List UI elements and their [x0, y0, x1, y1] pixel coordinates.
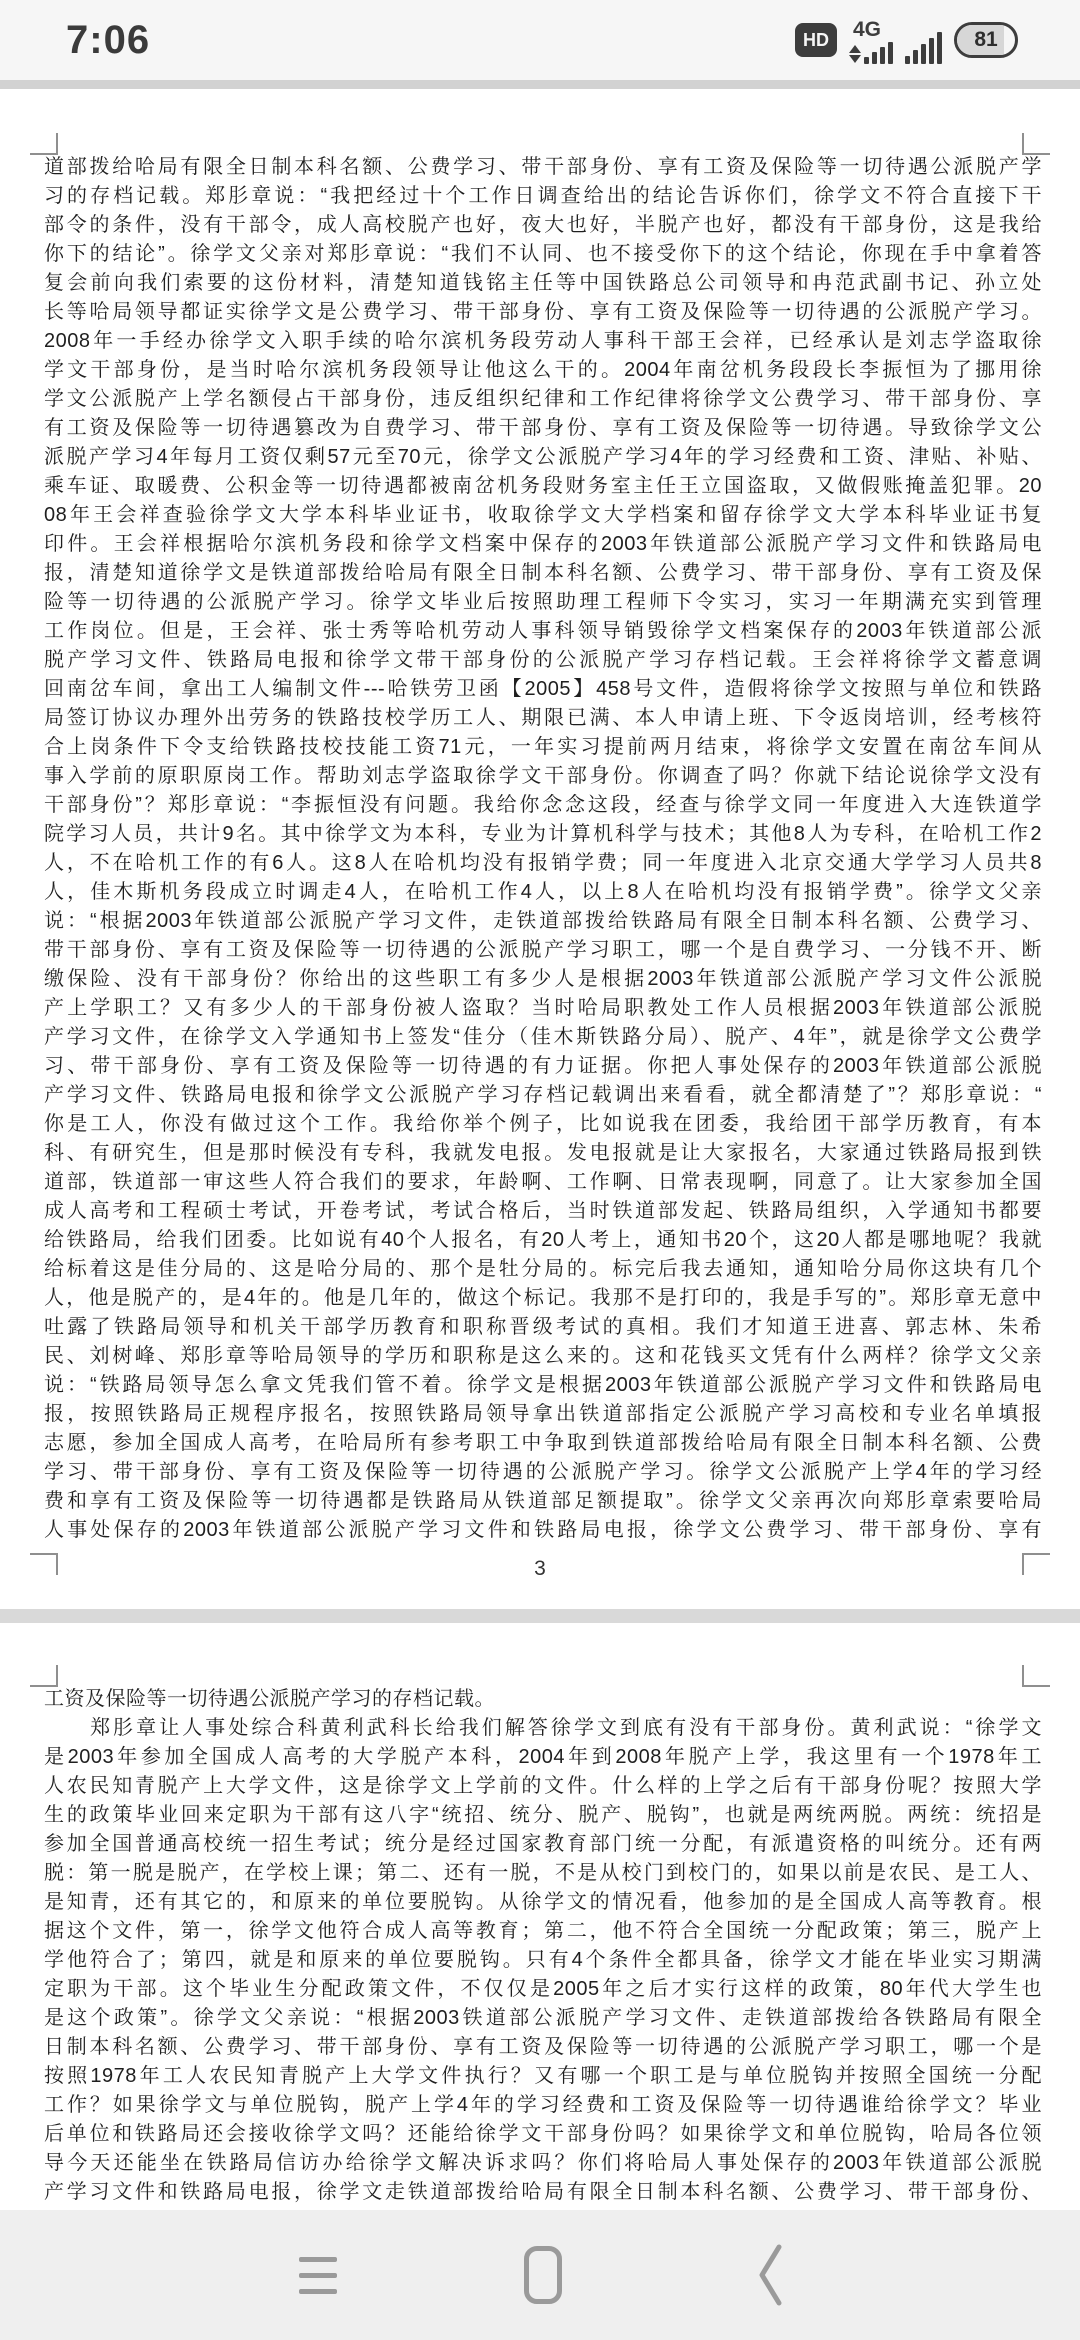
text-boundary-mark [1022, 133, 1050, 155]
text-line: 人事处保存的2003年铁道部公派脱产学习文件和铁路局电报，徐学文公费学习、带干部… [44, 1516, 1042, 1545]
text-line: 日制本科名额、公费学习、带干部身份、享有工资及保险等一切待遇的公派脱产学习职工，… [44, 2033, 1042, 2062]
text-line: 工资及保险等一切待遇公派脱产学习的存档记载。 [44, 1685, 1042, 1714]
text-line: 产学习文件，在徐学文入学通知书上签发“佳分（佳木斯铁路分局）、脱产、4年”，就是… [44, 1023, 1042, 1052]
page1-text: 道部拨给哈局有限全日制本科名额、公费学习、带干部身份、享有工资及保险等一切待遇公… [44, 153, 1042, 1545]
text-line: 缴保险、没有干部身份？你给出的这些职工有多少人是根据2003年铁道部公派脱产学习… [44, 965, 1042, 994]
text-line: 印件。王会祥根据哈尔滨机务段和徐学文档案中保存的2003年铁道部公派脱产学习文件… [44, 530, 1042, 559]
text-line: 后单位和铁路局还会接收徐学文吗？还能给徐学文干部身份吗？如果徐学文和单位脱钩，哈… [44, 2120, 1042, 2149]
text-line: 派脱产学习4年每月工资仅剩57元至70元，徐学文公派脱产学习4年的学习经费和工资… [44, 443, 1042, 472]
text-line: 是2003年参加全国成人高考的大学脱产本科，2004年到2008年脱产上学，我这… [44, 1743, 1042, 1772]
text-line: 乘车证、取暖费、公积金等一切待遇都被南岔机务段财务室主任王立国盗取，又做假账掩盖… [44, 472, 1042, 501]
text-line: 参加全国普通高校统一招生考试；统分是经过国家教育部门统一分配，有派遣资格的叫统分… [44, 1830, 1042, 1859]
network-type-label: 4G [853, 19, 881, 40]
text-line: 工作岗位。但是，王会祥、张士秀等哈机劳动人事科领导销毁徐学文档案保存的2003年… [44, 617, 1042, 646]
text-line: 习的存档记载。郑肜章说：“我把经过十个工作日调查给出的结论告诉你们，徐学文不符合… [44, 182, 1042, 211]
text-line: 有工资及保险等一切待遇篡改为自费学习、带干部身份、享有工资及保险等一切待遇。导致… [44, 414, 1042, 443]
text-line: 是知青，还有其它的，和原来的单位要脱钩。从徐学文的情况看，他参加的是全国成人高等… [44, 1888, 1042, 1917]
home-icon [524, 2246, 562, 2304]
back-icon [755, 2242, 785, 2308]
text-line: 吐露了铁路局领导和机关干部学历教育和职称晋级考试的真相。我们才知道王进喜、郭志林… [44, 1313, 1042, 1342]
text-line: 给铁路局，给我们团委。比如说有40个人报名，有20人考上，通知书20个，这20人… [44, 1226, 1042, 1255]
text-line: 成人高考和工程硕士考试，开卷考试，考试合格后，当时铁道部发起、铁路局组织，入学通… [44, 1197, 1042, 1226]
text-line: 干部身份”？郑肜章说：“李振恒没有问题。我给你念念这段，经查与徐学文同一年度进入… [44, 791, 1042, 820]
signal-bars-icon [905, 32, 942, 64]
mobile-network-indicator: 4G [849, 19, 893, 64]
status-bar: 7:06 HD 4G 81 [0, 0, 1080, 80]
text-line: 是这个政策”。徐学文父亲说：“根据2003铁道部公派脱产学习文件、走铁道部拨给各… [44, 2004, 1042, 2033]
text-line: 回南岔车间，拿出工人编制文件---哈铁劳卫函【2005】458号文件，造假将徐学… [44, 675, 1042, 704]
text-line: 科、有研究生，但是那时候没有专科，我就发电报。发电报就是让大家报名，大家通过铁路… [44, 1139, 1042, 1168]
text-line: 复会前向我们索要的这份材料，清楚知道钱铭主任等中国铁路总公司领导和冉范武副书记、… [44, 269, 1042, 298]
document-page-2: 工资及保险等一切待遇公派脱产学习的存档记载。 郑肜章让人事处综合科黄利武科长给我… [0, 1623, 1080, 2210]
text-line: 习、带干部身份、享有工资及保险等一切待遇的有力证据。你把人事处保存的2003年铁… [44, 1052, 1042, 1081]
text-line: 人，不在哈机工作的有6人。这8人在哈机均没有报销学费；同一年度进入北京交通大学学… [44, 849, 1042, 878]
text-line: 脱产学习文件、铁路局电报和徐学文带干部身份的公派脱产学习存档记载。王会祥将徐学文… [44, 646, 1042, 675]
battery-percent: 81 [974, 28, 997, 52]
page2-text: 工资及保险等一切待遇公派脱产学习的存档记载。 郑肜章让人事处综合科黄利武科长给我… [44, 1685, 1042, 2207]
text-line: 学他符合了；第四，就是和原来的单位要脱钩。只有4个条件全都具备，徐学文才能在毕业… [44, 1946, 1042, 1975]
text-line: 工作？如果徐学文与单位脱钩，脱产上学4年的学习经费和工资及保险等一切待遇谁给徐学… [44, 2091, 1042, 2120]
text-line: 人，佳木斯机务段成立时调走4人，在哈机工作4人，以上8人在哈机均没有报销学费”。… [44, 878, 1042, 907]
text-line: 民、刘树峰、郑肜章等哈局领导的学历和职称是这么来的。这和花钱买文凭有什么两样？徐… [44, 1342, 1042, 1371]
text-boundary-mark [30, 133, 58, 155]
document-view[interactable]: 道部拨给哈局有限全日制本科名额、公费学习、带干部身份、享有工资及保险等一切待遇公… [0, 89, 1080, 2210]
screen: 7:06 HD 4G 81 道部拨给哈局有限全日制本科名额、公 [0, 0, 1080, 2340]
text-line: 08年王会祥查验徐学文大学本科毕业证书，收取徐学文大学档案和留存徐学文大学本科毕… [44, 501, 1042, 530]
text-line: 你下的结论”。徐学文父亲对郑肜章说：“我们不认同、也不接受你下的这个结论，你现在… [44, 240, 1042, 269]
text-line: 志愿，参加全国成人高考，在哈局所有参考职工中争取到铁道部拨给哈局有限全日制本科名… [44, 1429, 1042, 1458]
text-line: 导今天还能坐在铁路局信访办给徐学文解决诉求吗？你们将哈局人事处保存的2003年铁… [44, 2149, 1042, 2178]
text-line: 事入学前的原职原岗工作。帮助刘志学盗取徐学文干部身份。你调查了吗？你就下结论说徐… [44, 762, 1042, 791]
text-line: 据这个文件，第一，徐学文他符合成人高等教育；第二，他不符合全国统一分配政策；第三… [44, 1917, 1042, 1946]
text-line: 说：“根据2003年铁道部公派脱产学习文件，走铁道部拨给铁路局有限全日制本科名额… [44, 907, 1042, 936]
android-nav-bar [0, 2210, 1080, 2340]
menu-button[interactable] [238, 2210, 398, 2340]
text-line: 产上学职工？又有多少人的干部身份被人盗取？当时哈局职教处工作人员根据2003年铁… [44, 994, 1042, 1023]
text-line: 道部，铁道部一审这些人符合我们的要求，年龄啊、工作啊、日常表现啊，同意了。让大家… [44, 1168, 1042, 1197]
hd-icon: HD [795, 23, 837, 57]
text-line: 你是工人，你没有做过这个工作。我给你举个例子，比如说我在团委，我给团干部学历教育… [44, 1110, 1042, 1139]
status-bar-divider [0, 80, 1080, 89]
text-line: 学习、带干部身份、享有工资及保险等一切待遇的公派脱产学习。徐学文公派脱产上学4年… [44, 1458, 1042, 1487]
text-line: 郑肜章让人事处综合科黄利武科长给我们解答徐学文到底有没有干部身份。黄利武说：“徐… [44, 1714, 1042, 1743]
text-line: 按照1978年工人农民知青脱产上大学文件执行？又有哪一个职工是与单位脱钩并按照全… [44, 2062, 1042, 2091]
text-line: 给标着这是佳分局的、这是哈分局的、那个是牡分局的。标完后我去通知，通知哈分局你这… [44, 1255, 1042, 1284]
page-number: 3 [0, 1557, 1080, 1581]
text-line: 费和享有工资及保险等一切待遇都是铁路局从铁道部足额提取”。徐学文父亲再次向郑肜章… [44, 1487, 1042, 1516]
text-line: 带干部身份、享有工资及保险等一切待遇的公派脱产学习职工，哪一个是自费学习、一分钱… [44, 936, 1042, 965]
text-boundary-mark [1022, 1665, 1050, 1687]
text-line: 局签订协议办理外出劳务的铁路技校学历工人、期限已满、本人申请上班、下令返岗培训，… [44, 704, 1042, 733]
document-page-1: 道部拨给哈局有限全日制本科名额、公费学习、带干部身份、享有工资及保险等一切待遇公… [0, 89, 1080, 1609]
text-line: 产学习文件和铁路局电报，徐学文走铁道部拨给哈局有限全日制本科名额、公费学习、带干… [44, 2178, 1042, 2207]
data-arrows-icon [849, 45, 861, 63]
text-line: 脱：第一脱是脱产，在学校上课；第二、还有一脱，不是从校门到校门的，如果以前是农民… [44, 1859, 1042, 1888]
text-line: 产学习文件、铁路局电报和徐学文公派脱产学习存档记载调出来看看，就全都清楚了”？郑… [44, 1081, 1042, 1110]
text-line: 部令的条件，没有干部令，成人高校脱产也好，夜大也好，半脱产也好，都没有干部身份，… [44, 211, 1042, 240]
text-line: 人农民知青脱产上大学文件，这是徐学文上学前的文件。什么样的上学之后有干部身份呢？… [44, 1772, 1042, 1801]
text-line: 院学习人员，共计9名。其中徐学文为本科，专业为计算机科学与技术；其他8人为专科，… [44, 820, 1042, 849]
text-line: 合上岗条件下令支给铁路技校技能工资71元，一年实习提前两月结束，将徐学文安置在南… [44, 733, 1042, 762]
text-line: 生的政策毕业回来定职为干部有这八字“统招、统分、脱产、脱钩”，也就是两统两脱。两… [44, 1801, 1042, 1830]
text-boundary-mark [30, 1665, 58, 1687]
text-line: 道部拨给哈局有限全日制本科名额、公费学习、带干部身份、享有工资及保险等一切待遇公… [44, 153, 1042, 182]
text-line: 学文干部身份，是当时哈尔滨机务段领导让他这么干的。2004年南岔机务段段长李振恒… [44, 356, 1042, 385]
status-time: 7:06 [66, 18, 150, 63]
menu-icon [299, 2257, 337, 2294]
signal-bars-icon [864, 42, 893, 64]
text-line: 报，清楚知道徐学文是铁道部拨给哈局有限全日制本科名额、公费学习、带干部身份、享有… [44, 559, 1042, 588]
text-line: 定职为干部。这个毕业生分配政策文件，不仅仅是2005年之后才实行这样的政策，80… [44, 1975, 1042, 2004]
back-button[interactable] [690, 2210, 850, 2340]
text-line: 报，按照铁路局正规程序报名，按照铁路局领导拿出铁道部指定公派脱产学习高校和专业名… [44, 1400, 1042, 1429]
text-line: 说：“铁路局领导怎么拿文凭我们管不着。徐学文是根据2003年铁道部公派脱产学习文… [44, 1371, 1042, 1400]
text-line: 险等一切待遇的公派脱产学习。徐学文毕业后按照助理工程师下令实习，实习一年期满充实… [44, 588, 1042, 617]
text-line: 2008年一手经办徐学文入职手续的哈尔滨机务段劳动人事科干部王会祥，已经承认是刘… [44, 327, 1042, 356]
battery-icon: 81 [954, 22, 1018, 58]
home-button[interactable] [463, 2210, 623, 2340]
text-line: 长等哈局领导都证实徐学文是公费学习、带干部身份、享有工资及保险等一切待遇的公派脱… [44, 298, 1042, 327]
text-line: 学文公派脱产上学名额侵占干部身份，违反组织纪律和工作纪律将徐学文公费学习、带干部… [44, 385, 1042, 414]
status-icons: HD 4G 81 [795, 16, 1018, 64]
text-line: 人，他是脱产的，是4年的。他是几年的，做这个标记。我那不是打印的，我是手写的”。… [44, 1284, 1042, 1313]
